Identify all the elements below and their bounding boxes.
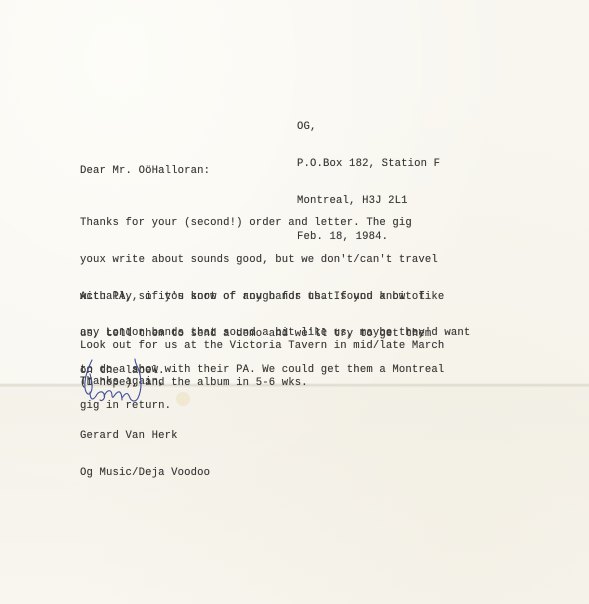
salutation: Dear Mr. OöHalloran:	[80, 165, 210, 177]
text-line: Thanks for your (second!) order and lett…	[80, 217, 470, 229]
address-line: OG,	[297, 121, 440, 133]
signer-organization: Og Music/Deja Voodoo	[80, 467, 210, 479]
text-line: Actually, if you know of any bands that …	[80, 291, 444, 303]
text-line: Look out for us at the Victoria Tavern i…	[80, 340, 444, 352]
handwritten-signature	[80, 358, 160, 410]
letter-page: OG, P.O.Box 182, Station F Montreal, H3J…	[0, 0, 589, 604]
signature-block: Gerard Van Herk Og Music/Deja Voodoo	[80, 406, 210, 504]
address-line: P.O.Box 182, Station F	[297, 158, 440, 170]
text-line: youx write about sounds good, but we don…	[80, 254, 470, 266]
signer-name: Gerard Van Herk	[80, 430, 210, 442]
